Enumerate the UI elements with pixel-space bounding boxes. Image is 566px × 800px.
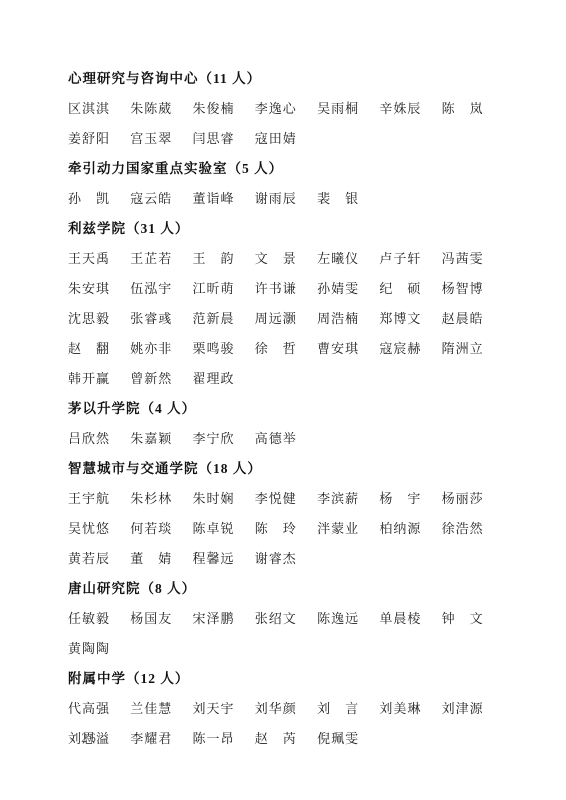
name-item: 隋洲立	[442, 334, 504, 364]
section-title: 心理研究与咨询中心（11 人）	[68, 64, 504, 94]
name-item: 闫思睿	[193, 124, 255, 154]
name-row: 姜舒阳宫玉翠闫思睿寇田婧	[68, 124, 504, 154]
section: 附属中学（12 人）代高强兰佳慧刘天宇刘华颜刘 言刘美琳刘津源刘恩溢李耀君陈一昂…	[68, 664, 504, 754]
section: 牵引动力国家重点实验室（5 人）孙 凯寇云皓董诣峰谢雨辰裴 银	[68, 154, 504, 214]
name-row: 沈思毅张睿彧范新晨周远灏周浩楠郑博文赵晨皓	[68, 304, 504, 334]
name-item: 卢子轩	[379, 244, 441, 274]
section-title: 牵引动力国家重点实验室（5 人）	[68, 154, 504, 184]
page-number: - 26 -	[70, 731, 109, 746]
name-item: 任敏毅	[68, 604, 130, 634]
name-item: 寇宸赫	[379, 334, 441, 364]
name-item: 王宇航	[68, 484, 130, 514]
name-item: 徐浩然	[442, 514, 504, 544]
section-title: 附属中学（12 人）	[68, 664, 504, 694]
name-item: 宋泽鹏	[193, 604, 255, 634]
name-item: 赵 翻	[68, 334, 130, 364]
name-item: 朱安琪	[68, 274, 130, 304]
name-item: 赵晨皓	[442, 304, 504, 334]
name-item: 董诣峰	[193, 184, 255, 214]
name-item: 单晨棱	[379, 604, 441, 634]
name-item: 裴 银	[317, 184, 379, 214]
name-item: 陈 玲	[255, 514, 317, 544]
name-row: 王宇航朱杉林朱时娴李悦健李滨薪杨 宇杨丽莎	[68, 484, 504, 514]
name-item: 李耀君	[130, 724, 192, 754]
name-item: 杨 宇	[379, 484, 441, 514]
name-row: 刘恩溢李耀君陈一昂赵 芮倪珮雯	[68, 724, 504, 754]
name-item: 区淇淇	[68, 94, 130, 124]
name-item: 郑博文	[379, 304, 441, 334]
section: 唐山研究院（8 人）任敏毅杨国友宋泽鹏张绍文陈逸远单晨棱钟 文黄陶陶	[68, 574, 504, 664]
name-item: 姚亦非	[130, 334, 192, 364]
name-item: 张睿彧	[130, 304, 192, 334]
name-item: 朱杉林	[130, 484, 192, 514]
name-item: 栗鸣骏	[193, 334, 255, 364]
name-row: 王天禹王芷若王 韵文 景左曦仪卢子轩冯茜雯	[68, 244, 504, 274]
section-title: 茅以升学院（4 人）	[68, 394, 504, 424]
name-row: 韩开赢曾新然翟理政	[68, 364, 504, 394]
name-item: 柏纳源	[379, 514, 441, 544]
name-item: 刘美琳	[379, 694, 441, 724]
section: 心理研究与咨询中心（11 人）区淇淇朱陈葳朱俊楠李逸心吴雨桐辛姝辰陈 岚姜舒阳宫…	[68, 64, 504, 154]
name-item: 吕欣然	[68, 424, 130, 454]
name-item: 周远灏	[255, 304, 317, 334]
name-row: 孙 凯寇云皓董诣峰谢雨辰裴 银	[68, 184, 504, 214]
name-item: 泮蒙业	[317, 514, 379, 544]
name-item: 刘津源	[442, 694, 504, 724]
name-item: 姜舒阳	[68, 124, 130, 154]
name-row: 吴忧悠何若琰陈卓锐陈 玲泮蒙业柏纳源徐浩然	[68, 514, 504, 544]
name-item: 杨丽莎	[442, 484, 504, 514]
name-row: 朱安琪伍泓宇江昕萌许书谦孙婧雯纪 硕杨智博	[68, 274, 504, 304]
section: 利兹学院（31 人）王天禹王芷若王 韵文 景左曦仪卢子轩冯茜雯朱安琪伍泓宇江昕萌…	[68, 214, 504, 394]
name-item: 韩开赢	[68, 364, 130, 394]
name-item: 刘天宇	[193, 694, 255, 724]
name-item: 孙 凯	[68, 184, 130, 214]
name-item: 倪珮雯	[317, 724, 379, 754]
name-item: 高德举	[255, 424, 317, 454]
name-item: 何若琰	[130, 514, 192, 544]
name-item: 谢睿杰	[255, 544, 317, 574]
name-item: 纪 硕	[379, 274, 441, 304]
name-item: 李逸心	[255, 94, 317, 124]
name-item: 李滨薪	[317, 484, 379, 514]
name-row: 代高强兰佳慧刘天宇刘华颜刘 言刘美琳刘津源	[68, 694, 504, 724]
name-item: 曾新然	[130, 364, 192, 394]
name-item: 李宁欣	[193, 424, 255, 454]
name-row: 吕欣然朱嘉颖李宁欣高德举	[68, 424, 504, 454]
name-item: 杨智博	[442, 274, 504, 304]
name-item: 黄陶陶	[68, 634, 130, 664]
name-item: 赵 芮	[255, 724, 317, 754]
name-item: 王芷若	[130, 244, 192, 274]
name-item: 冯茜雯	[442, 244, 504, 274]
section-title: 唐山研究院（8 人）	[68, 574, 504, 604]
name-item: 范新晨	[193, 304, 255, 334]
name-item: 宫玉翠	[130, 124, 192, 154]
name-item: 吴雨桐	[317, 94, 379, 124]
name-item: 董 婧	[130, 544, 192, 574]
name-row: 任敏毅杨国友宋泽鹏张绍文陈逸远单晨棱钟 文	[68, 604, 504, 634]
name-item: 陈卓锐	[193, 514, 255, 544]
name-item: 朱时娴	[193, 484, 255, 514]
name-item: 文 景	[255, 244, 317, 274]
name-item: 代高强	[68, 694, 130, 724]
name-row: 赵 翻姚亦非栗鸣骏徐 哲曹安琪寇宸赫隋洲立	[68, 334, 504, 364]
section: 茅以升学院（4 人）吕欣然朱嘉颖李宁欣高德举	[68, 394, 504, 454]
name-item: 李悦健	[255, 484, 317, 514]
name-item: 谢雨辰	[255, 184, 317, 214]
name-row: 区淇淇朱陈葳朱俊楠李逸心吴雨桐辛姝辰陈 岚	[68, 94, 504, 124]
name-item: 陈 岚	[442, 94, 504, 124]
document-page: 心理研究与咨询中心（11 人）区淇淇朱陈葳朱俊楠李逸心吴雨桐辛姝辰陈 岚姜舒阳宫…	[0, 0, 566, 800]
name-item: 辛姝辰	[379, 94, 441, 124]
name-item: 兰佳慧	[130, 694, 192, 724]
name-item: 刘华颜	[255, 694, 317, 724]
name-item: 王 韵	[193, 244, 255, 274]
name-item: 杨国友	[130, 604, 192, 634]
name-row: 黄若辰董 婧程馨远谢睿杰	[68, 544, 504, 574]
name-item: 陈一昂	[193, 724, 255, 754]
name-item: 刘 言	[317, 694, 379, 724]
name-item: 伍泓宇	[130, 274, 192, 304]
name-item: 孙婧雯	[317, 274, 379, 304]
name-item: 江昕萌	[193, 274, 255, 304]
name-item: 徐 哲	[255, 334, 317, 364]
name-item: 王天禹	[68, 244, 130, 274]
name-item: 寇田婧	[255, 124, 317, 154]
name-item: 曹安琪	[317, 334, 379, 364]
name-item: 朱嘉颖	[130, 424, 192, 454]
name-item: 许书谦	[255, 274, 317, 304]
name-item: 沈思毅	[68, 304, 130, 334]
name-item: 程馨远	[193, 544, 255, 574]
section: 智慧城市与交通学院（18 人）王宇航朱杉林朱时娴李悦健李滨薪杨 宇杨丽莎吴忧悠何…	[68, 454, 504, 574]
name-item: 左曦仪	[317, 244, 379, 274]
name-item: 翟理政	[193, 364, 255, 394]
document-content: 心理研究与咨询中心（11 人）区淇淇朱陈葳朱俊楠李逸心吴雨桐辛姝辰陈 岚姜舒阳宫…	[68, 64, 504, 754]
name-item: 吴忧悠	[68, 514, 130, 544]
section-title: 智慧城市与交通学院（18 人）	[68, 454, 504, 484]
name-item: 陈逸远	[317, 604, 379, 634]
name-item: 寇云皓	[130, 184, 192, 214]
name-item: 张绍文	[255, 604, 317, 634]
name-item: 周浩楠	[317, 304, 379, 334]
name-item: 朱陈葳	[130, 94, 192, 124]
name-item: 黄若辰	[68, 544, 130, 574]
section-title: 利兹学院（31 人）	[68, 214, 504, 244]
name-row: 黄陶陶	[68, 634, 504, 664]
name-item: 钟 文	[442, 604, 504, 634]
name-item: 朱俊楠	[193, 94, 255, 124]
